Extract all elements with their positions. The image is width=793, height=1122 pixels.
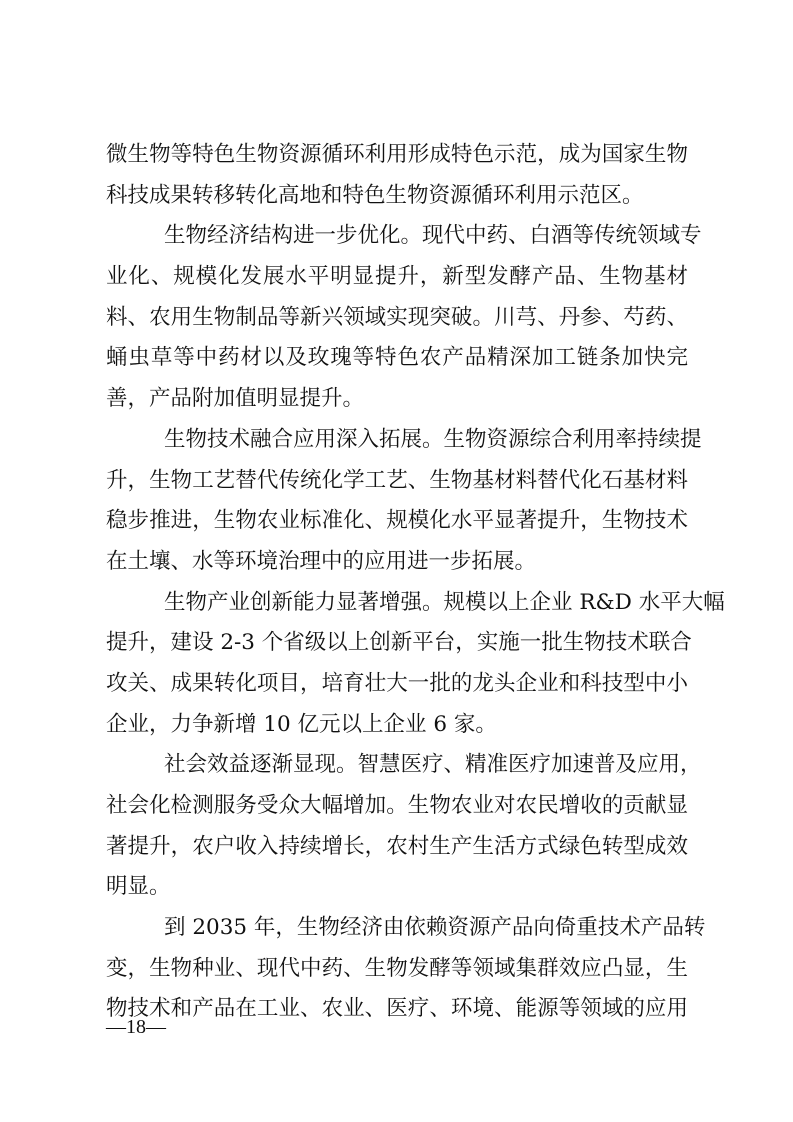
text-line: 生物产业创新能力显著增强。规模以上企业 R&D 水平大幅 — [106, 583, 688, 624]
text-line: 蛹虫草等中药材以及玫瑰等特色农产品精深加工链条加快完 — [106, 338, 688, 379]
text-line: 稳步推进，生物农业标准化、规模化水平显著提升，生物技术 — [106, 501, 688, 542]
paragraph-structure-optimization: 生物经济结构进一步优化。现代中药、白酒等传统领域专 业化、规模化发展水平明显提升… — [106, 216, 688, 419]
paragraph-social-benefits: 社会效益逐渐显现。智慧医疗、精准医疗加速普及应用， 社会化检测服务受众大幅增加。… — [106, 745, 688, 908]
paragraph-innovation-capacity: 生物产业创新能力显著增强。规模以上企业 R&D 水平大幅 提升，建设 2-3 个… — [106, 583, 688, 746]
text-line: 社会化检测服务受众大幅增加。生物农业对农民增收的贡献显 — [106, 786, 688, 827]
text-line: 社会效益逐渐显现。智慧医疗、精准医疗加速普及应用， — [106, 745, 688, 786]
paragraph-vision-2035: 到 2035 年，生物经济由依赖资源产品向倚重技术产品转 变，生物种业、现代中药… — [106, 908, 688, 1030]
text-line: 物技术和产品在工业、农业、医疗、环境、能源等领域的应用 — [106, 989, 688, 1030]
page-number: —18— — [106, 1012, 166, 1042]
text-line: 提升，建设 2-3 个省级以上创新平台，实施一批生物技术联合 — [106, 623, 688, 664]
paragraph-continuation: 微生物等特色生物资源循环利用形成特色示范，成为国家生物 科技成果转移转化高地和特… — [106, 135, 688, 216]
text-line: 到 2035 年，生物经济由依赖资源产品向倚重技术产品转 — [106, 908, 688, 949]
text-line: 明显。 — [106, 867, 688, 908]
paragraph-tech-application: 生物技术融合应用深入拓展。生物资源综合利用率持续提 升，生物工艺替代传统化学工艺… — [106, 420, 688, 583]
text-line: 企业，力争新增 10 亿元以上企业 6 家。 — [106, 705, 688, 746]
document-page: 微生物等特色生物资源循环利用形成特色示范，成为国家生物 科技成果转移转化高地和特… — [0, 0, 793, 1122]
text-line: 升，生物工艺替代传统化学工艺、生物基材料替代化石基材料 — [106, 461, 688, 502]
text-line: 业化、规模化发展水平明显提升，新型发酵产品、生物基材 — [106, 257, 688, 298]
text-line: 科技成果转移转化高地和特色生物资源循环利用示范区。 — [106, 176, 688, 217]
text-line: 生物经济结构进一步优化。现代中药、白酒等传统领域专 — [106, 216, 688, 257]
text-line: 在土壤、水等环境治理中的应用进一步拓展。 — [106, 542, 688, 583]
text-line: 微生物等特色生物资源循环利用形成特色示范，成为国家生物 — [106, 135, 688, 176]
text-line: 料、农用生物制品等新兴领域实现突破。川芎、丹参、芍药、 — [106, 298, 688, 339]
text-line: 生物技术融合应用深入拓展。生物资源综合利用率持续提 — [106, 420, 688, 461]
text-line: 变，生物种业、现代中药、生物发酵等领域集群效应凸显，生 — [106, 949, 688, 990]
body-text: 微生物等特色生物资源循环利用形成特色示范，成为国家生物 科技成果转移转化高地和特… — [106, 135, 688, 1030]
text-line: 善，产品附加值明显提升。 — [106, 379, 688, 420]
text-line: 攻关、成果转化项目，培育壮大一批的龙头企业和科技型中小 — [106, 664, 688, 705]
text-line: 著提升，农户收入持续增长，农村生产生活方式绿色转型成效 — [106, 827, 688, 868]
